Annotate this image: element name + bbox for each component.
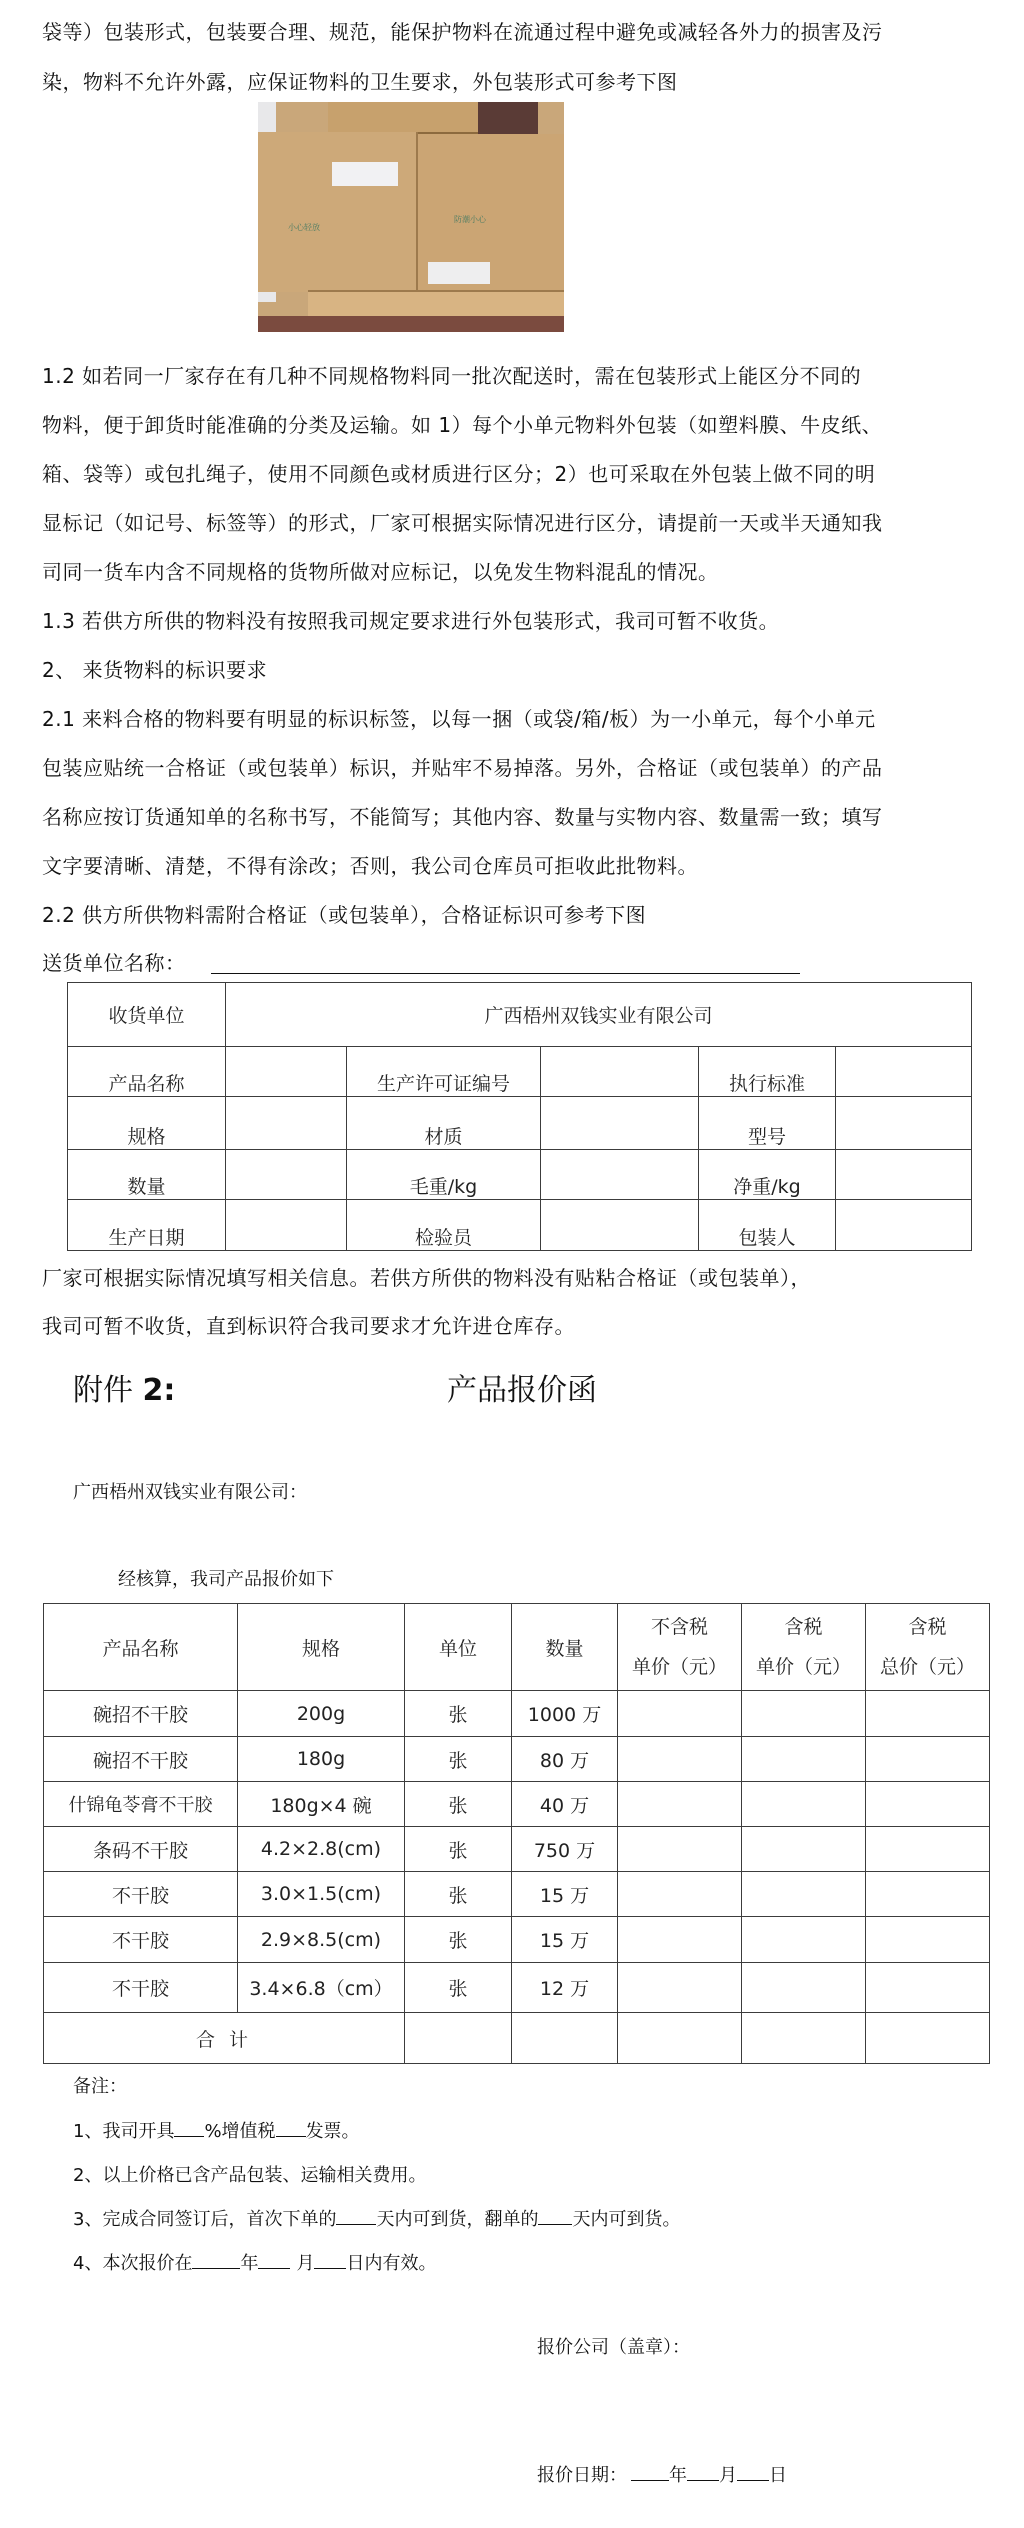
table-row: 收货单位 广西梧州双钱实业有限公司 [68,983,972,1047]
product-qty: 15 万 [512,1917,618,1963]
price-ex-tax-cell[interactable] [618,1782,742,1827]
price-inc-tax-cell[interactable] [742,1691,866,1737]
product-name: 什锦龟苓膏不干胶 [44,1782,238,1827]
field-value[interactable] [226,1097,347,1150]
day-label: 日 [769,2465,787,2486]
product-name: 碗招不干胶 [44,1691,238,1737]
quote-row: 什锦龟苓膏不干胶 180g×4 碗 张 40 万 [44,1782,990,1827]
section-1-2-line: 箱、袋等）或包扎绳子，使用不同颜色或材质进行区分；2）也可采取在外包装上做不同的… [42,462,875,486]
price-inc-tax-cell[interactable] [742,1872,866,1917]
total-inc-tax-cell[interactable] [866,1872,990,1917]
price-ex-tax-cell[interactable] [618,1737,742,1782]
product-spec: 200g [238,1691,405,1737]
field-value[interactable] [836,1200,972,1251]
product-unit: 张 [405,1691,512,1737]
total-inc-tax-cell[interactable] [866,1963,990,2013]
field-label: 检验员 [347,1200,541,1251]
price-inc-tax-cell[interactable] [742,1827,866,1872]
attachment-label: 附件 2: [73,1374,175,1408]
header-line: 单价（元） [618,1647,741,1687]
quote-year-blank[interactable] [631,2462,669,2481]
tax-rate-blank[interactable] [174,2118,204,2137]
box-print: 小心轻放 [288,222,384,236]
note-text: 3、完成合同签订后，首次下单的 [73,2209,336,2230]
product-spec: 3.0×1.5(cm) [238,1872,405,1917]
addressee: 广西梧州双钱实业有限公司： [73,1478,307,1504]
field-value[interactable] [226,1200,347,1251]
field-value[interactable] [836,1097,972,1150]
header-line: 总价（元） [866,1647,989,1687]
note-text: 天内可到货，翻单的 [376,2209,538,2230]
field-label: 型号 [699,1097,836,1150]
table-row: 产品名称 生产许可证编号 执行标准 [68,1047,972,1097]
note-text: 年 [240,2253,258,2274]
field-label: 规格 [68,1097,226,1150]
product-qty: 750 万 [512,1827,618,1872]
section-2-1-line: 文字要清晰、清楚，不得有涂改；否则，我公司仓库员可拒收此批物料。 [42,854,698,878]
product-qty: 40 万 [512,1782,618,1827]
field-label: 数量 [68,1150,226,1200]
header-line: 不含税 [618,1607,741,1647]
field-value[interactable] [836,1047,972,1097]
price-ex-tax-cell[interactable] [618,1872,742,1917]
quote-total-row: 合 计 [44,2013,990,2064]
note-text: %增值税 [204,2121,275,2142]
after-table-line-1: 厂家可根据实际情况填写相关信息。若供方所供的物料没有贴粘合格证（或包装单）， [42,1266,811,1290]
header-quantity: 数量 [512,1604,618,1691]
price-ex-tax-cell[interactable] [618,1963,742,2013]
product-name: 不干胶 [44,1872,238,1917]
quote-day-blank[interactable] [737,2462,769,2481]
quote-row: 不干胶 3.0×1.5(cm) 张 15 万 [44,1872,990,1917]
header-line: 含税 [742,1607,865,1647]
section-2-2: 2.2 供方所供物料需附合格证（或包装单），合格证标识可参考下图 [42,903,646,927]
note-2: 2、以上价格已含产品包装、运输相关费用。 [73,2161,426,2187]
product-name: 条码不干胶 [44,1827,238,1872]
price-ex-tax-cell[interactable] [618,1691,742,1737]
note-text: 1、我司开具 [73,2121,174,2142]
field-label: 产品名称 [68,1047,226,1097]
quote-row: 条码不干胶 4.2×2.8(cm) 张 750 万 [44,1827,990,1872]
attachment-number: 2: [143,1373,176,1408]
total-cell[interactable] [618,2013,742,2064]
quote-intro: 经核算，我司产品报价如下 [118,1565,334,1591]
note-text: 日内有效。 [346,2253,436,2274]
note-1: 1、我司开具%增值税发票。 [73,2117,360,2143]
field-label: 生产日期 [68,1200,226,1251]
product-unit: 张 [405,1872,512,1917]
valid-day-blank[interactable] [314,2250,346,2269]
quote-date: 报价日期：年月日 [537,2461,787,2487]
note-3: 3、完成合同签订后，首次下单的天内可到货，翻单的天内可到货。 [73,2205,680,2231]
section-2-1-line: 2.1 来料合格的物料要有明显的标识标签，以每一捆（或袋/箱/板）为一小单元，每… [42,707,876,731]
year-label: 年 [669,2465,687,2486]
field-value[interactable] [541,1097,699,1150]
total-cell[interactable] [512,2013,618,2064]
valid-year-blank[interactable] [192,2250,240,2269]
intro-line-1: 袋等）包装形式，包装要合理、规范，能保护物料在流通过程中避免或减轻各外力的损害及… [42,20,883,44]
product-spec: 180g×4 碗 [238,1782,405,1827]
header-line: 单价（元） [742,1647,865,1687]
product-qty: 1000 万 [512,1691,618,1737]
month-label: 月 [719,2465,737,2486]
total-inc-tax-cell[interactable] [866,1737,990,1782]
note-4: 4、本次报价在年月日内有效。 [73,2249,436,2275]
product-name: 不干胶 [44,1963,238,2013]
price-ex-tax-cell[interactable] [618,1827,742,1872]
header-spec: 规格 [238,1604,405,1691]
after-table-line-2: 我司可暂不收货，直到标识符合我司要求才允许进仓库存。 [42,1314,575,1338]
quote-row: 碗招不干胶 200g 张 1000 万 [44,1691,990,1737]
total-cell[interactable] [866,2013,990,2064]
field-value[interactable] [836,1150,972,1200]
reorder-days-blank[interactable] [538,2206,572,2225]
pallet [308,290,564,318]
header-total-inc-tax: 含税 总价（元） [866,1604,990,1691]
field-label: 材质 [347,1097,541,1150]
total-label: 合 计 [44,2013,405,2064]
note-text: 4、本次报价在 [73,2253,192,2274]
quote-row: 碗招不干胶 180g 张 80 万 [44,1737,990,1782]
product-qty: 15 万 [512,1872,618,1917]
header-unit-price-inc-tax: 含税 单价（元） [742,1604,866,1691]
product-unit: 张 [405,1827,512,1872]
field-label: 净重/kg [699,1150,836,1200]
product-spec: 3.4×6.8（cm） [238,1963,405,2013]
quote-row: 不干胶 3.4×6.8（cm） 张 12 万 [44,1963,990,2013]
section-1-2-line: 1.2 如若同一厂家存在有几种不同规格物料同一批次配送时，需在包装形式上能区分不… [42,364,861,388]
product-unit: 张 [405,1782,512,1827]
label-template-table: 收货单位 广西梧州双钱实业有限公司 产品名称 生产许可证编号 执行标准 规格 材… [67,982,972,1251]
field-label: 生产许可证编号 [347,1047,541,1097]
box-print: 防潮小心 [454,214,550,228]
section-2-1-line: 名称应按订货通知单的名称书写，不能简写；其他内容、数量与实物内容、数量需一致；填… [42,805,883,829]
field-label: 毛重/kg [347,1150,541,1200]
price-inc-tax-cell[interactable] [742,1782,866,1827]
quote-date-label: 报价日期： [537,2465,627,2486]
header-line: 含税 [866,1607,989,1647]
price-inc-tax-cell[interactable] [742,1917,866,1963]
section-1-2-line: 显标记（如记号、标签等）的形式，厂家可根据实际情况进行区分，请提前一天或半天通知… [42,511,883,535]
total-cell[interactable] [405,2013,512,2064]
field-label: 包装人 [699,1200,836,1251]
note-text: 天内可到货。 [572,2209,680,2230]
total-inc-tax-cell[interactable] [866,1782,990,1827]
section-2-heading: 2、 来货物料的标识要求 [42,658,267,682]
header-unit-price-ex-tax: 不含税 单价（元） [618,1604,742,1691]
section-1-2-line: 司同一货车内含不同规格的货物所做对应标记，以免发生物料混乱的情况。 [42,560,719,584]
sender-label: 送货单位名称： [42,951,186,975]
product-unit: 张 [405,1917,512,1963]
quote-month-blank[interactable] [687,2462,719,2481]
field-value[interactable] [541,1150,699,1200]
sender-name-field[interactable] [211,973,800,974]
receiver-value: 广西梧州双钱实业有限公司 [226,983,972,1047]
price-inc-tax-cell[interactable] [742,1963,866,2013]
price-inc-tax-cell[interactable] [742,1737,866,1782]
product-spec: 4.2×2.8(cm) [238,1827,405,1872]
invoice-type-blank[interactable] [276,2118,306,2137]
quote-header-row: 产品名称 规格 单位 数量 不含税 单价（元） 含税 单价（元） 含税 总价（元… [44,1604,990,1691]
note-text: 发票。 [306,2121,360,2142]
table-row: 规格 材质 型号 [68,1097,972,1150]
section-2-1-line: 包装应贴统一合格证（或包装单）标识，并贴牢不易掉落。另外，合格证（或包装单）的产… [42,756,883,780]
product-qty: 12 万 [512,1963,618,2013]
notes-heading: 备注： [73,2072,127,2098]
packaging-photo: 小心轻放 防潮小心 [258,102,564,332]
table-row: 生产日期 检验员 包装人 [68,1200,972,1251]
field-value[interactable] [226,1150,347,1200]
product-unit: 张 [405,1963,512,2013]
field-value[interactable] [541,1200,699,1251]
total-cell[interactable] [742,2013,866,2064]
section-1-3: 1.3 若供方所供的物料没有按照我司规定要求进行外包装形式，我司可暂不收货。 [42,609,779,633]
quote-table: 产品名称 规格 单位 数量 不含税 单价（元） 含税 单价（元） 含税 总价（元… [43,1603,990,2064]
product-name: 碗招不干胶 [44,1737,238,1782]
note-text: 月 [296,2253,314,2274]
page-title: 产品报价函 [447,1374,597,1408]
product-qty: 80 万 [512,1737,618,1782]
attachment-prefix: 附件 [73,1373,143,1408]
product-spec: 2.9×8.5(cm) [238,1917,405,1963]
field-label: 执行标准 [699,1047,836,1097]
table-row: 数量 毛重/kg 净重/kg [68,1150,972,1200]
product-unit: 张 [405,1737,512,1782]
total-inc-tax-cell[interactable] [866,1827,990,1872]
product-spec: 180g [238,1737,405,1782]
valid-month-blank[interactable] [258,2250,290,2269]
product-name: 不干胶 [44,1917,238,1963]
quote-row: 不干胶 2.9×8.5(cm) 张 15 万 [44,1917,990,1963]
receiver-label: 收货单位 [68,983,226,1047]
field-value[interactable] [541,1047,699,1097]
total-inc-tax-cell[interactable] [866,1691,990,1737]
first-order-days-blank[interactable] [336,2206,376,2225]
header-unit: 单位 [405,1604,512,1691]
intro-line-2: 染，物料不允许外露，应保证物料的卫生要求，外包装形式可参考下图 [42,70,678,94]
field-value[interactable] [226,1047,347,1097]
quoting-company-stamp-label: 报价公司（盖章）： [537,2333,690,2359]
price-ex-tax-cell[interactable] [618,1917,742,1963]
total-inc-tax-cell[interactable] [866,1917,990,1963]
box-label [428,262,490,284]
header-product-name: 产品名称 [44,1604,238,1691]
section-1-2-line: 物料，便于卸货时能准确的分类及运输。如 1）每个小单元物料外包装（如塑料膜、牛皮… [42,413,882,437]
box-label [332,162,398,186]
